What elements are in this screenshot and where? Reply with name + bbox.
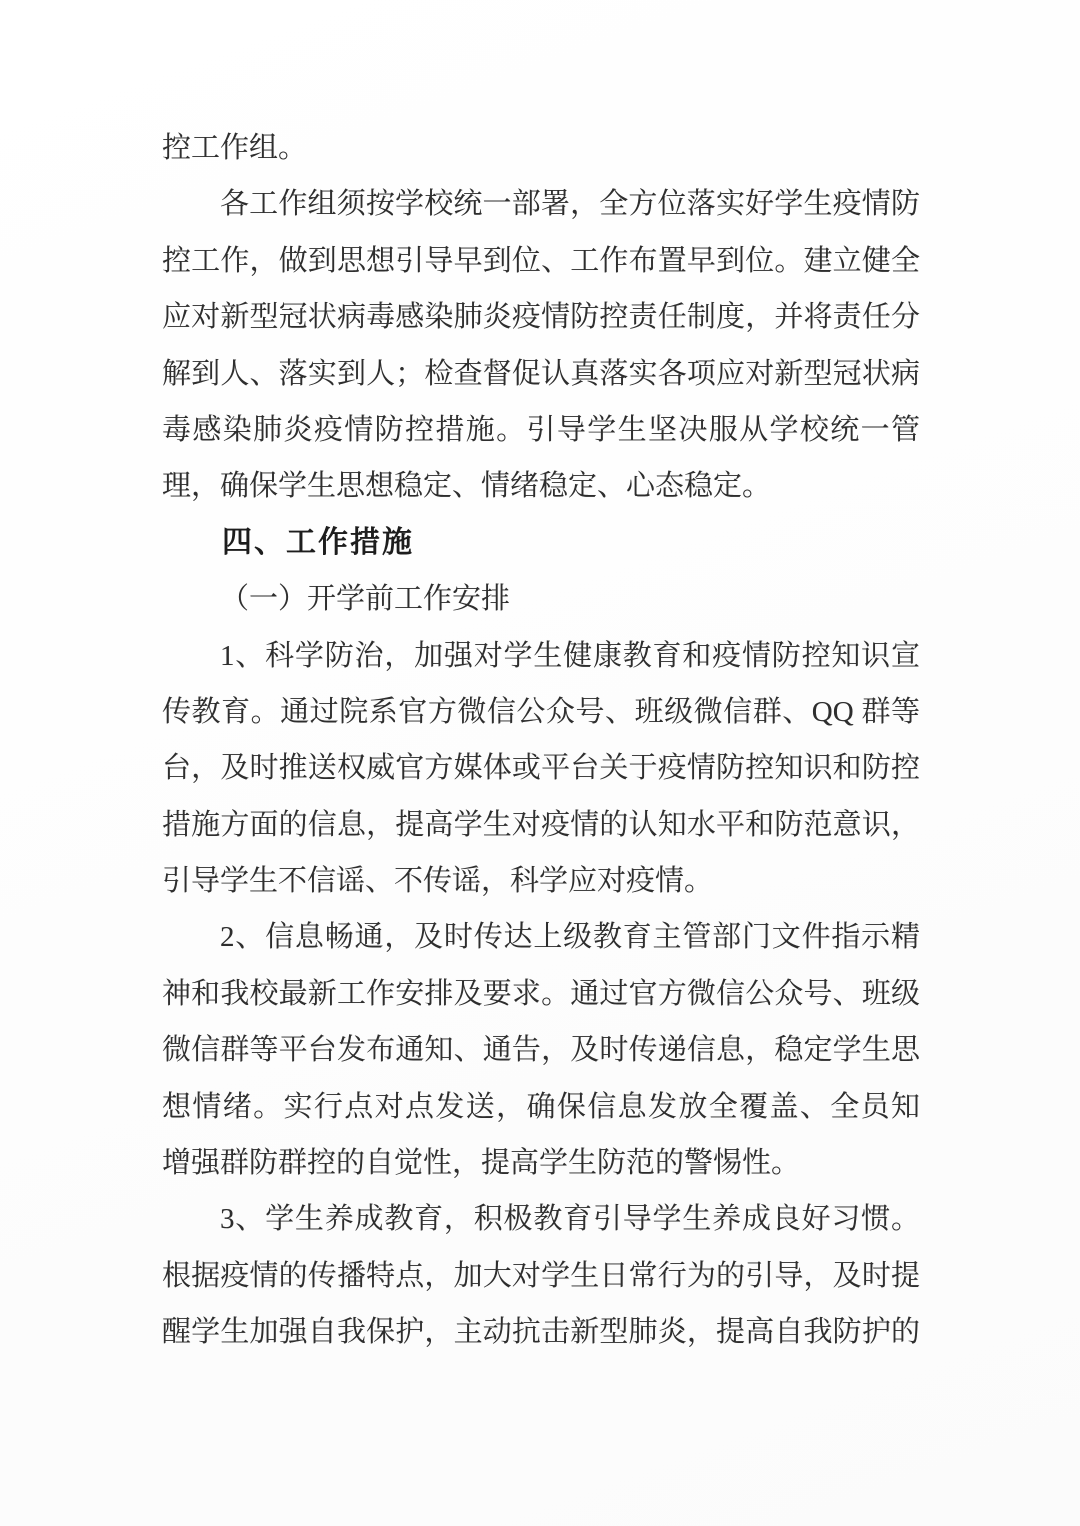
text-line: 2、信息畅通，及时传达上级教育主管部门文件指示精: [162, 909, 920, 965]
text-line: 神和我校最新工作安排及要求。通过官方微信公众号、班级: [162, 966, 920, 1022]
text-line: 台，及时推送权威官方媒体或平台关于疫情防控知识和防控: [162, 740, 920, 796]
text-line: 根据疫情的传播特点，加大对学生日常行为的引导，及时提: [162, 1248, 920, 1304]
text-line: 措施方面的信息，提高学生对疫情的认知水平和防范意识，: [162, 797, 920, 853]
text-line: 增强群防群控的自觉性，提高学生防范的警惕性。: [162, 1135, 920, 1191]
text-line: 想情绪。实行点对点发送，确保信息发放全覆盖、全员知晓，: [162, 1079, 920, 1135]
text-line: 毒感染肺炎疫情防控措施。引导学生坚决服从学校统一管: [162, 402, 920, 458]
text-line: 微信群等平台发布通知、通告，及时传递信息，稳定学生思: [162, 1022, 920, 1078]
text-line: 应对新型冠状病毒感染肺炎疫情防控责任制度，并将责任分: [162, 289, 920, 345]
text-line: （一）开学前工作安排: [162, 571, 920, 627]
text-line: 传教育。通过院系官方微信公众号、班级微信群、QQ 群等平: [162, 684, 920, 740]
text-line: 1、科学防治，加强对学生健康教育和疫情防控知识宣: [162, 628, 920, 684]
text-line: 控工作组。: [162, 120, 920, 176]
text-line: 3、学生养成教育，积极教育引导学生养成良好习惯。: [162, 1191, 920, 1247]
text-line: 控工作，做到思想引导早到位、工作布置早到位。建立健全: [162, 233, 920, 289]
document-page: 控工作组。各工作组须按学校统一部署，全方位落实好学生疫情防控工作，做到思想引导早…: [0, 0, 1080, 1526]
text-line: 醒学生加强自我保护，主动抗击新型肺炎，提高自我防护的: [162, 1304, 920, 1360]
section-heading: 四、工作措施: [162, 515, 920, 571]
text-line: 理，确保学生思想稳定、情绪稳定、心态稳定。: [162, 458, 920, 514]
text-line: 解到人、落实到人；检查督促认真落实各项应对新型冠状病: [162, 346, 920, 402]
text-line: 引导学生不信谣、不传谣，科学应对疫情。: [162, 853, 920, 909]
text-line: 各工作组须按学校统一部署，全方位落实好学生疫情防: [162, 176, 920, 232]
document-body: 控工作组。各工作组须按学校统一部署，全方位落实好学生疫情防控工作，做到思想引导早…: [162, 120, 920, 1361]
